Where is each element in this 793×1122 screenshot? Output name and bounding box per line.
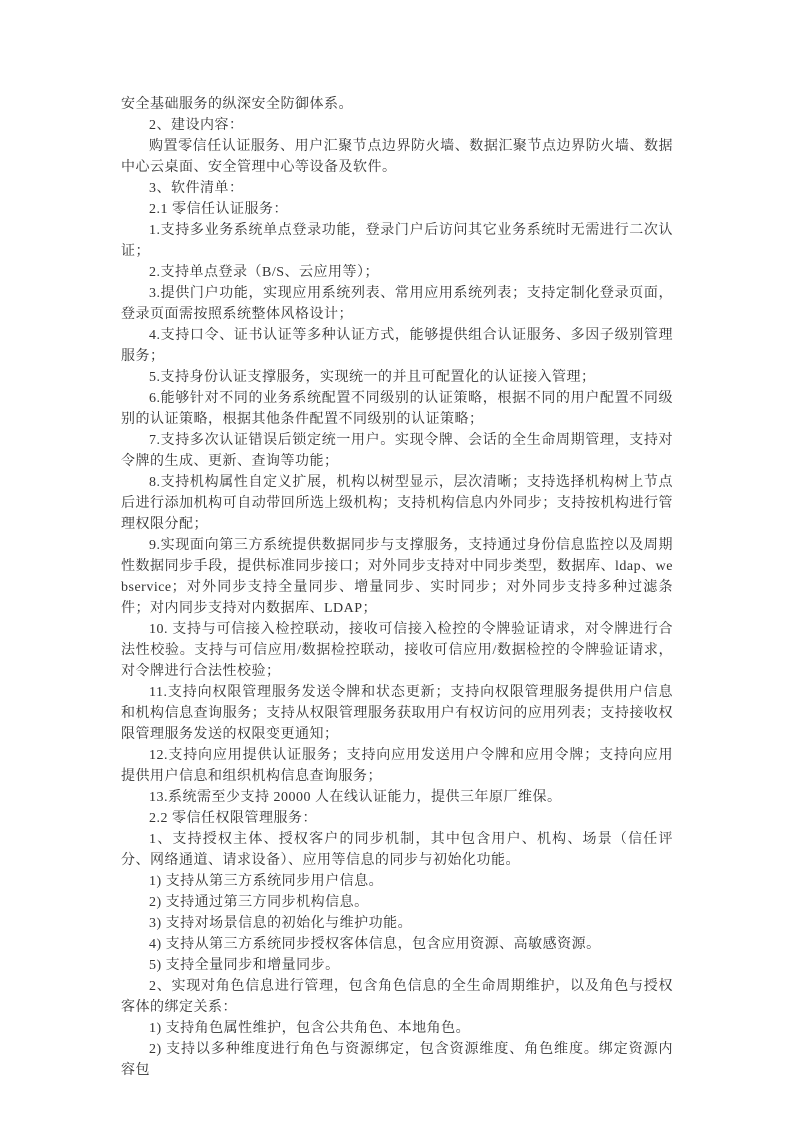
- section-heading-zero-trust-auth-service: 2.1 零信任认证服务：: [121, 199, 673, 220]
- sub-list-item: 2) 支持以多种维度进行角色与资源绑定，包含资源维度、角色维度。绑定资源内容包: [121, 1039, 673, 1081]
- document-page: 安全基础服务的纵深安全防御体系。 2、建设内容： 购置零信任认证服务、用户汇聚节…: [0, 0, 793, 1122]
- sub-list-item: 3) 支持对场景信息的初始化与维护功能。: [121, 913, 673, 934]
- list-item: 11.支持向权限管理服务发送令牌和状态更新；支持向权限管理服务提供用户信息和机构…: [121, 682, 673, 745]
- sub-list-item: 2) 支持通过第三方同步机构信息。: [121, 892, 673, 913]
- paragraph-continuation: 安全基础服务的纵深安全防御体系。: [121, 94, 673, 115]
- list-item: 13.系统需至少支持 20000 人在线认证能力，提供三年原厂维保。: [121, 787, 673, 808]
- paragraph: 购置零信任认证服务、用户汇聚节点边界防火墙、数据汇聚节点边界防火墙、数据中心云桌…: [121, 136, 673, 178]
- sub-list-item: 1) 支持从第三方系统同步用户信息。: [121, 871, 673, 892]
- list-item: 5.支持身份认证支撑服务，实现统一的并且可配置化的认证接入管理；: [121, 367, 673, 388]
- list-item: 7.支持多次认证错误后锁定统一用户。实现令牌、会话的全生命周期管理，支持对令牌的…: [121, 430, 673, 472]
- document-body: 安全基础服务的纵深安全防御体系。 2、建设内容： 购置零信任认证服务、用户汇聚节…: [121, 94, 673, 1081]
- list-item: 6.能够针对不同的业务系统配置不同级别的认证策略，根据不同的用户配置不同级别的认…: [121, 388, 673, 430]
- list-item: 1、支持授权主体、授权客户的同步机制，其中包含用户、机构、场景（信任评分、网络通…: [121, 829, 673, 871]
- sub-list-item: 4) 支持从第三方系统同步授权客体信息，包含应用资源、高敏感资源。: [121, 934, 673, 955]
- list-item: 12.支持向应用提供认证服务；支持向应用发送用户令牌和应用令牌；支持向应用提供用…: [121, 745, 673, 787]
- list-item: 8.支持机构属性自定义扩展，机构以树型显示，层次清晰；支持选择机构树上节点后进行…: [121, 472, 673, 535]
- list-item: 10. 支持与可信接入检控联动，接收可信接入检控的令牌验证请求，对令牌进行合法性…: [121, 619, 673, 682]
- list-item: 1.支持多业务系统单点登录功能，登录门户后访问其它业务系统时无需进行二次认证；: [121, 220, 673, 262]
- list-item: 2、实现对角色信息进行管理，包含角色信息的全生命周期维护，以及角色与授权客体的绑…: [121, 976, 673, 1018]
- sub-list-item: 5) 支持全量同步和增量同步。: [121, 955, 673, 976]
- section-heading-software-list: 3、软件清单：: [121, 178, 673, 199]
- list-item: 3.提供门户功能，实现应用系统列表、常用应用系统列表；支持定制化登录页面，登录页…: [121, 283, 673, 325]
- list-item: 2.支持单点登录（B/S、云应用等）；: [121, 262, 673, 283]
- section-heading-zero-trust-permission-service: 2.2 零信任权限管理服务：: [121, 808, 673, 829]
- list-item: 9.实现面向第三方系统提供数据同步与支撑服务，支持通过身份信息监控以及周期性数据…: [121, 535, 673, 619]
- list-item: 4.支持口令、证书认证等多种认证方式，能够提供组合认证服务、多因子级别管理服务；: [121, 325, 673, 367]
- section-heading-construction-content: 2、建设内容：: [121, 115, 673, 136]
- sub-list-item: 1) 支持角色属性维护，包含公共角色、本地角色。: [121, 1018, 673, 1039]
